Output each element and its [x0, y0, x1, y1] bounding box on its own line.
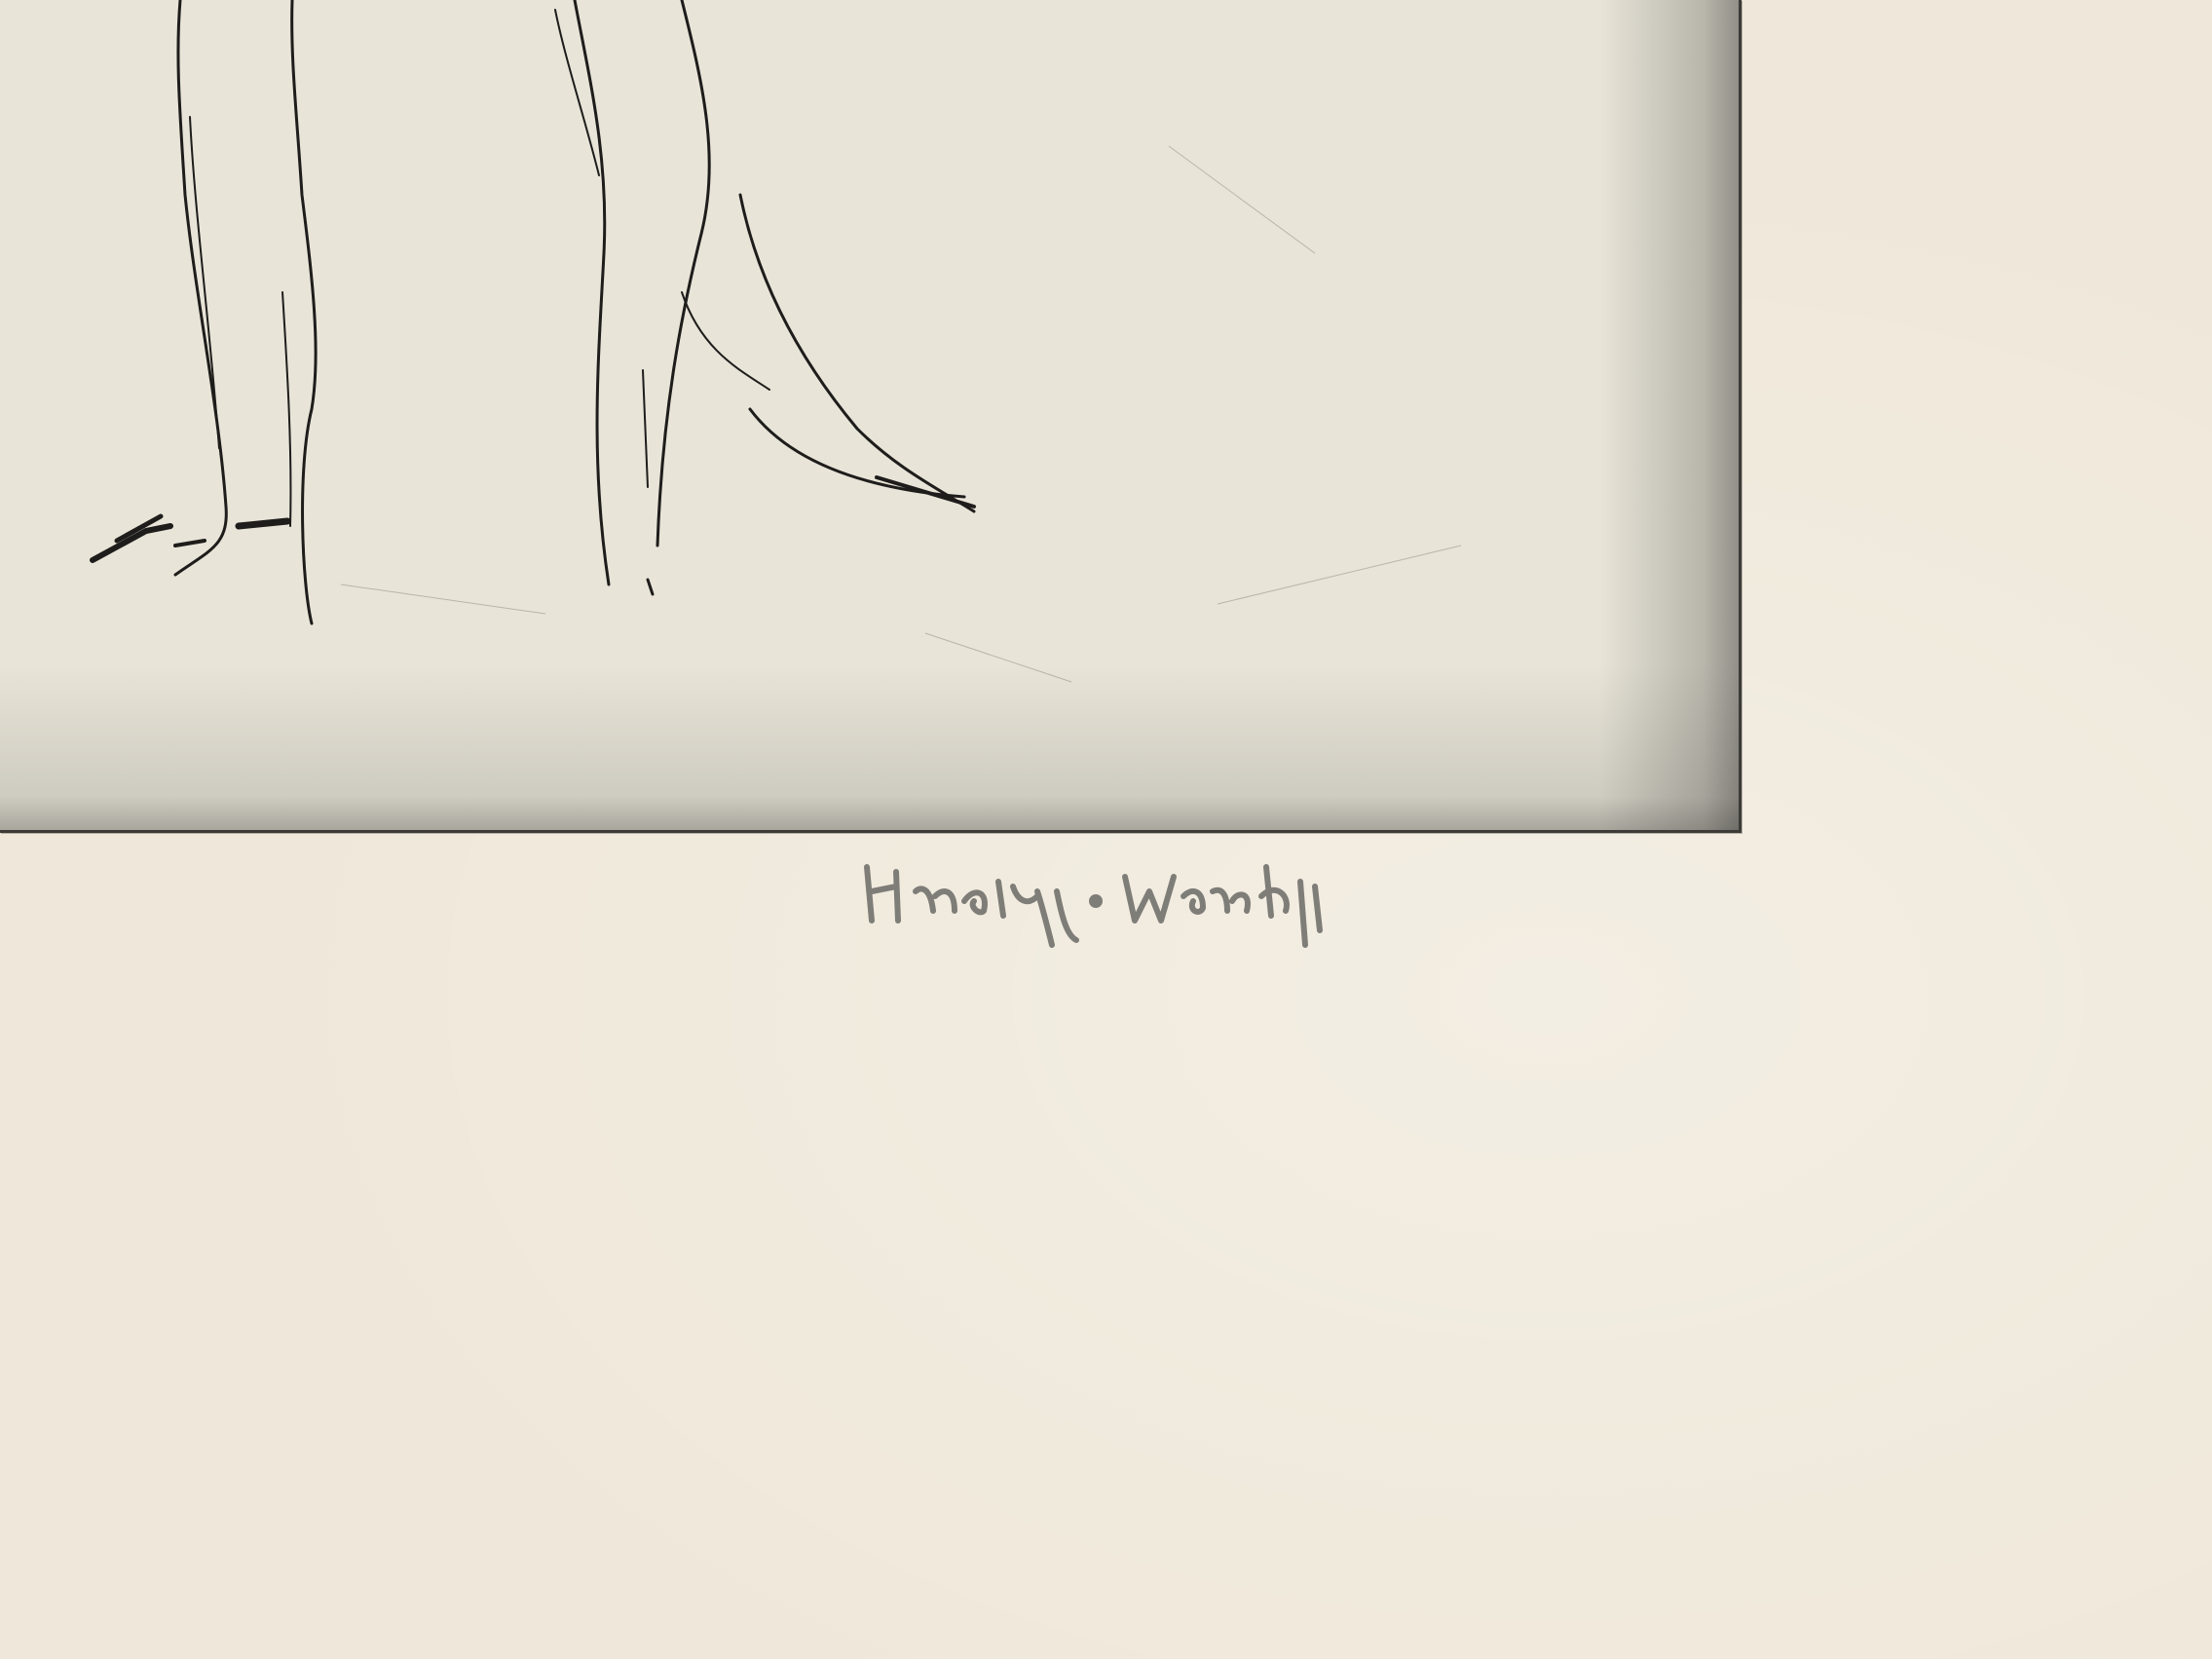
signature-glyphs: Hnelly · Weidy [857, 848, 1500, 955]
pencil-signature: Hnelly · Weidy [857, 848, 1500, 955]
etched-plate-area [0, 0, 1742, 833]
figure-legs-drawing [0, 0, 1739, 830]
